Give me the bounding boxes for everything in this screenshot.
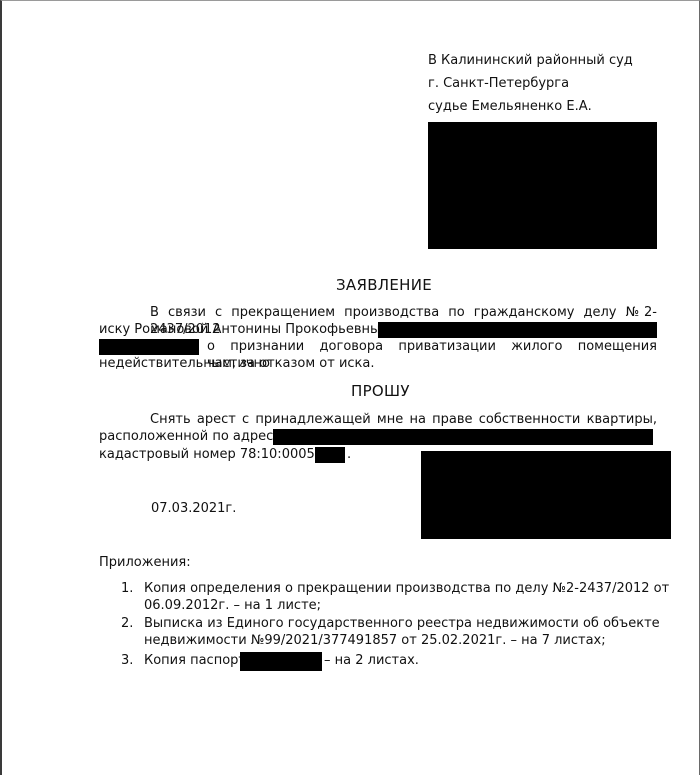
document-date: 07.03.2021г. — [151, 500, 236, 517]
redaction-defendant-name — [378, 322, 657, 338]
statement-line-4: недействительным, за отказом от иска. — [99, 355, 375, 372]
request-title: ПРОШУ — [351, 383, 410, 400]
statement-title: ЗАЯВЛЕНИЕ — [336, 277, 432, 294]
attachment-1-line-1: Копия определения о прекращении производ… — [144, 580, 669, 597]
cadastral-number-label: кадастровый номер 78:10:0005547: — [99, 446, 344, 463]
attachment-1-line-2: 06.09.2012г. – на 1 листе; — [144, 597, 321, 614]
cadastral-number-end: . — [347, 446, 351, 463]
redaction-signature — [421, 451, 671, 539]
request-line-2: расположенной по адресу: — [99, 428, 285, 445]
addressee-court: В Калининский районный суд — [428, 52, 633, 69]
attachment-3-line-1-suffix: – на 2 листах. — [324, 652, 419, 669]
redaction-applicant-details — [428, 122, 657, 249]
redaction-passport-holder — [240, 652, 322, 671]
attachment-2-number: 2. — [121, 615, 133, 632]
attachment-3-line-1: Копия паспорта — [144, 652, 254, 669]
attachment-1-number: 1. — [121, 580, 133, 597]
statement-line-2: иску Романовой Антонины Прокофьевны к — [99, 321, 392, 338]
redaction-defendant-name-cont — [99, 339, 199, 355]
addressee-judge: судье Емельяненко Е.А. — [428, 98, 592, 115]
attachment-3-number: 3. — [121, 652, 133, 669]
attachment-2-line-1: Выписка из Единого государственного реес… — [144, 615, 660, 632]
attachments-heading: Приложения: — [99, 554, 191, 571]
request-line-1: Снять арест с принадлежащей мне на праве… — [150, 411, 657, 428]
redaction-address — [273, 429, 653, 445]
attachment-2-line-2: недвижимости №99/2021/377491857 от 25.02… — [144, 632, 606, 649]
document-page: В Калининский районный суд г. Санкт-Пете… — [0, 0, 700, 775]
addressee-city: г. Санкт-Петербурга — [428, 75, 569, 92]
redaction-cadastral-suffix — [315, 447, 345, 463]
